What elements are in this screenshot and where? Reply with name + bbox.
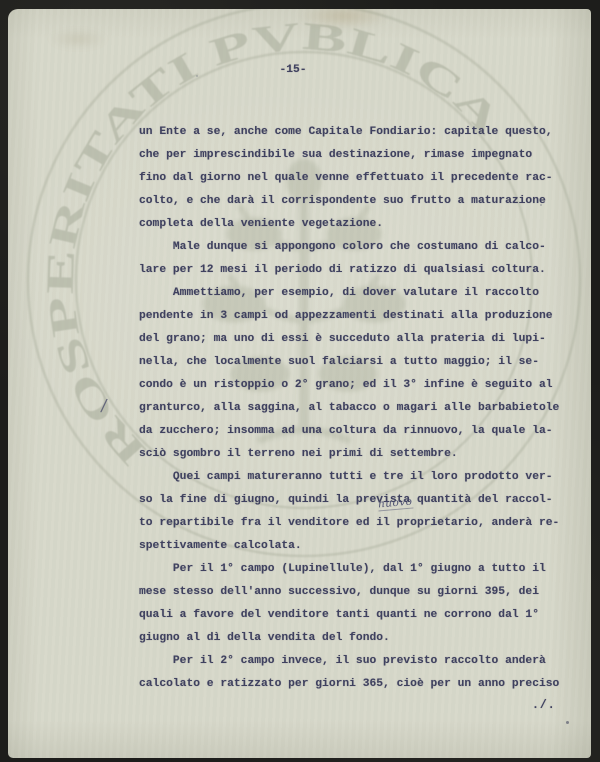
ink-speck	[196, 75, 198, 77]
text-line: pendente in 3 campi od appezzamenti dest…	[139, 305, 575, 328]
ink-speck	[566, 721, 569, 724]
text-line: da zucchero; insomma ad una coltura da r…	[139, 420, 575, 443]
text-line: quali a favore del venditore tanti quant…	[139, 604, 575, 627]
paper-sheet: ROSPERITATI PVBLICA -15- un Ente a s	[8, 9, 591, 758]
text-line: Ammettiamo, per esempio, di dover valuta…	[139, 282, 575, 305]
text-line: del grano; ma uno di essi è succeduto al…	[139, 328, 575, 351]
text-line: Per il 2° campo invece, il suo previsto …	[139, 650, 575, 673]
paragraph: Ammettiamo, per esempio, di dover valuta…	[139, 282, 575, 466]
continuation-mark: ./.	[532, 699, 556, 712]
page-number: -15-	[263, 64, 323, 76]
text-line: granturco, alla saggina, al tabacco o ma…	[139, 397, 575, 420]
text-line: mese stesso dell'anno successivo, dunque…	[139, 581, 575, 604]
margin-check-mark: /	[100, 396, 108, 417]
ink-speck	[540, 204, 542, 206]
text-line: completa della veniente vegetazione.	[139, 213, 575, 236]
text-line: so la fine di giugno, quindi la prevista…	[139, 489, 575, 512]
text-line: condo è un ristoppio o 2° grano; ed il 3…	[139, 374, 575, 397]
text-line: lare per 12 mesi il periodo di ratizzo d…	[139, 259, 575, 282]
paragraph: Per il 2° campo invece, il suo previsto …	[139, 650, 575, 696]
paragraph: Per il 1° campo (Lupinellule), dal 1° gi…	[139, 558, 575, 650]
text-line: Male dunque si appongono coloro che cost…	[139, 236, 575, 259]
text-line: calcolato e ratizzato per giorni 365, ci…	[139, 673, 575, 696]
text-line: to repartibile fra il venditore ed il pr…	[139, 512, 575, 535]
text-line: nella, che localmente suol falciarsi a t…	[139, 351, 575, 374]
paragraph: un Ente a se, anche come Capitale Fondia…	[139, 121, 575, 236]
text-line: colto, e che darà il corrispondente suo …	[139, 190, 575, 213]
text-line: fino dal giorno nel quale venne effettua…	[139, 167, 575, 190]
text-line: spettivamente calcolata.	[139, 535, 575, 558]
text-line: Quei campi matureranno tutti e tre il lo…	[139, 466, 575, 489]
text-line: Per il 1° campo (Lupinellule), dal 1° gi…	[139, 558, 575, 581]
text-line: sciò sgombro il terreno nei primi di set…	[139, 443, 575, 466]
document-body: un Ente a se, anche come Capitale Fondia…	[139, 121, 575, 696]
text-line: giugno al dì della vendita del fondo.	[139, 627, 575, 650]
paragraph: Quei campi matureranno tutti e tre il lo…	[139, 466, 575, 558]
text-line: un Ente a se, anche come Capitale Fondia…	[139, 121, 575, 144]
paper-stain	[296, 9, 391, 29]
scanned-page: ROSPERITATI PVBLICA -15- un Ente a s	[0, 0, 600, 762]
paper-stain	[48, 29, 108, 49]
text-line: che per imprescindibile sua destinazione…	[139, 144, 575, 167]
paragraph: Male dunque si appongono coloro che cost…	[139, 236, 575, 282]
